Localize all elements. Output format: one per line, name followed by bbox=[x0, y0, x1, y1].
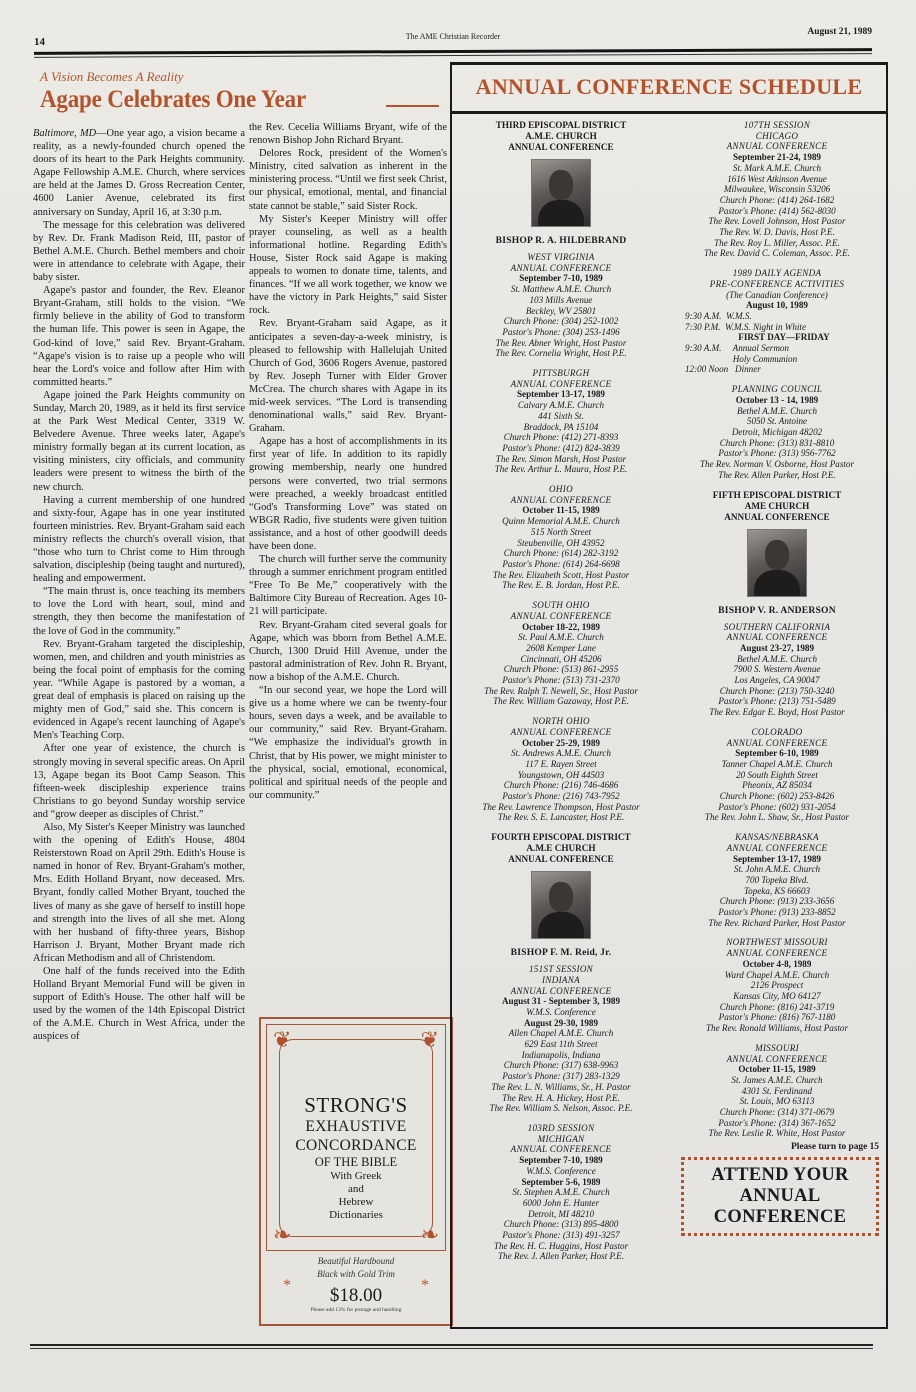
article-paragraph: My Sister's Keeper Ministry will offer p… bbox=[249, 213, 447, 318]
conference-entry: PLANNING COUNCIL October 13 - 14, 1989 B… bbox=[671, 384, 883, 480]
article-paragraph: Rev. Bryant-Graham targeted the disciple… bbox=[33, 638, 245, 743]
article-paragraph: the Rev. Cecelia Williams Bryant, wife o… bbox=[249, 121, 447, 147]
article-paragraph: One half of the funds received into the … bbox=[33, 965, 245, 1044]
bishop-name: BISHOP F. M. Reid, Jr. bbox=[456, 947, 666, 959]
article-paragraph: Having a current membership of one hundr… bbox=[33, 494, 245, 586]
ad-line: and bbox=[267, 1183, 445, 1196]
footer-rule bbox=[30, 1344, 873, 1346]
ad-title: STRONG'S bbox=[267, 1093, 445, 1117]
schedule-column-left: THIRD EPISCOPAL DISTRICT A.M.E. CHURCH A… bbox=[456, 120, 666, 1271]
continued-notice: Please turn to page 15 bbox=[671, 1142, 879, 1153]
corner-ornament-icon: ❧ bbox=[273, 1224, 291, 1246]
conference-entry: COLORADO ANNUAL CONFERENCE September 6-1… bbox=[671, 727, 883, 823]
article-paragraph: “The main thrust is, once teaching its m… bbox=[33, 585, 245, 637]
conference-entry: 107TH SESSION CHICAGO ANNUAL CONFERENCE … bbox=[671, 120, 883, 259]
article-paragraph: Also, My Sister's Keeper Ministry was la… bbox=[33, 821, 245, 965]
corner-ornament-icon: ❦ bbox=[273, 1029, 291, 1051]
article-paragraph: After one year of existence, the church … bbox=[33, 742, 245, 821]
newspaper-page: 14 The AME Christian Recorder August 21,… bbox=[0, 0, 916, 1392]
article-column-2: the Rev. Cecelia Williams Bryant, wife o… bbox=[249, 121, 447, 802]
issue-date: August 21, 1989 bbox=[807, 27, 872, 37]
ad-details: Beautiful Hardbound Black with Gold Trim… bbox=[261, 1255, 451, 1313]
conference-entry: WEST VIRGINIA ANNUAL CONFERENCE Septembe… bbox=[456, 252, 666, 359]
conference-entry: PITTSBURGH ANNUAL CONFERENCE September 1… bbox=[456, 368, 666, 475]
daily-agenda: 1989 DAILY AGENDA PRE-CONFERENCE ACTIVIT… bbox=[671, 268, 883, 375]
corner-ornament-icon: ❦ bbox=[421, 1029, 439, 1051]
conference-entry: NORTHWEST MISSOURI ANNUAL CONFERENCE Oct… bbox=[671, 937, 883, 1033]
concordance-ad: ❦ ❦ ❧ ❧ STRONG'S EXHAUSTIVE CONCORDANCE … bbox=[259, 1017, 453, 1326]
ad-border: ❦ ❦ ❧ ❧ STRONG'S EXHAUSTIVE CONCORDANCE … bbox=[266, 1024, 446, 1251]
schedule-header: ANNUAL CONFERENCE SCHEDULE bbox=[452, 65, 886, 114]
conference-entry: NORTH OHIO ANNUAL CONFERENCE October 25-… bbox=[456, 716, 666, 823]
ad-line: With Greek bbox=[267, 1170, 445, 1183]
ad-price: $18.00 bbox=[261, 1284, 451, 1307]
attend-conference-box: ATTEND YOUR ANNUAL CONFERENCE bbox=[681, 1157, 879, 1236]
ad-line: EXHAUSTIVE bbox=[267, 1117, 445, 1136]
article-headline: Agape Celebrates One Year bbox=[40, 86, 306, 114]
district-heading: FIFTH EPISCOPAL DISTRICT AME CHURCH ANNU… bbox=[671, 490, 883, 523]
article-paragraph: Agape has a host of accomplishments in i… bbox=[249, 435, 447, 553]
article-paragraph: Agape's pastor and founder, the Rev. Ele… bbox=[33, 284, 245, 389]
ad-description: Beautiful Hardbound bbox=[261, 1255, 451, 1268]
bishop-photo bbox=[747, 529, 807, 597]
conference-entry: OHIO ANNUAL CONFERENCE October 11-15, 19… bbox=[456, 484, 666, 591]
publication-name: The AME Christian Recorder bbox=[34, 32, 872, 41]
conference-entry: SOUTHERN CALIFORNIA ANNUAL CONFERENCE Au… bbox=[671, 622, 883, 718]
footer-rule-thin bbox=[30, 1348, 873, 1349]
conference-entry: SOUTH OHIO ANNUAL CONFERENCE October 18-… bbox=[456, 600, 666, 707]
schedule-title: ANNUAL CONFERENCE SCHEDULE bbox=[452, 74, 886, 100]
conference-entry: 151ST SESSION INDIANA ANNUAL CONFERENCE … bbox=[456, 964, 666, 1114]
article-paragraph: Rev. Bryant-Graham said Agape, as it ant… bbox=[249, 317, 447, 435]
district-heading: FOURTH EPISCOPAL DISTRICT A.M.E CHURCH A… bbox=[456, 832, 666, 865]
conference-entry: KANSAS/NEBRASKA ANNUAL CONFERENCE Septem… bbox=[671, 832, 883, 928]
schedule-column-right: 107TH SESSION CHICAGO ANNUAL CONFERENCE … bbox=[671, 120, 883, 1236]
bishop-name: BISHOP V. R. ANDERSON bbox=[671, 605, 883, 617]
article-paragraph: The message for this celebration was del… bbox=[33, 219, 245, 284]
conference-entry: 103RD SESSION MICHIGAN ANNUAL CONFERENCE… bbox=[456, 1123, 666, 1262]
ad-line: OF THE BIBLE bbox=[267, 1155, 445, 1170]
agenda-items: 9:30 A.M. W.M.S. 7:30 P.M. W.M.S. Night … bbox=[671, 311, 883, 375]
bishop-photo bbox=[531, 871, 591, 939]
headline-rule bbox=[386, 105, 439, 107]
corner-ornament-icon: ❧ bbox=[421, 1224, 439, 1246]
article-paragraph: Agape joined the Park Heights community … bbox=[33, 389, 245, 494]
article-paragraph: Baltimore, MD—One year ago, a vision bec… bbox=[33, 127, 245, 219]
ad-title-block: STRONG'S EXHAUSTIVE CONCORDANCE OF THE B… bbox=[267, 1093, 445, 1222]
bishop-name: BISHOP R. A. HILDEBRAND bbox=[456, 235, 666, 247]
district-heading: THIRD EPISCOPAL DISTRICT A.M.E. CHURCH A… bbox=[456, 120, 666, 153]
article-paragraph: The church will further serve the commun… bbox=[249, 553, 447, 618]
ad-description: Black with Gold Trim bbox=[261, 1268, 451, 1281]
article-column-1: Baltimore, MD—One year ago, a vision bec… bbox=[33, 127, 245, 1044]
ad-line: CONCORDANCE bbox=[267, 1136, 445, 1155]
ad-line: Dictionaries bbox=[267, 1209, 445, 1222]
article-kicker: A Vision Becomes A Reality bbox=[40, 69, 183, 85]
article-paragraph: Delores Rock, president of the Women's M… bbox=[249, 147, 447, 212]
ad-line: Hebrew bbox=[267, 1196, 445, 1209]
article-paragraph: Rev. Bryant-Graham cited several goals f… bbox=[249, 619, 447, 684]
ad-shipping-note: Please add 13% for postage and handling bbox=[261, 1307, 451, 1313]
article-paragraph: “In our second year, we hope the Lord wi… bbox=[249, 684, 447, 802]
dateline: Baltimore, MD bbox=[33, 128, 96, 139]
conference-schedule-box: ANNUAL CONFERENCE SCHEDULE THIRD EPISCOP… bbox=[450, 62, 888, 1329]
bishop-photo bbox=[531, 159, 591, 227]
conference-entry: MISSOURI ANNUAL CONFERENCE October 11-15… bbox=[671, 1043, 883, 1139]
